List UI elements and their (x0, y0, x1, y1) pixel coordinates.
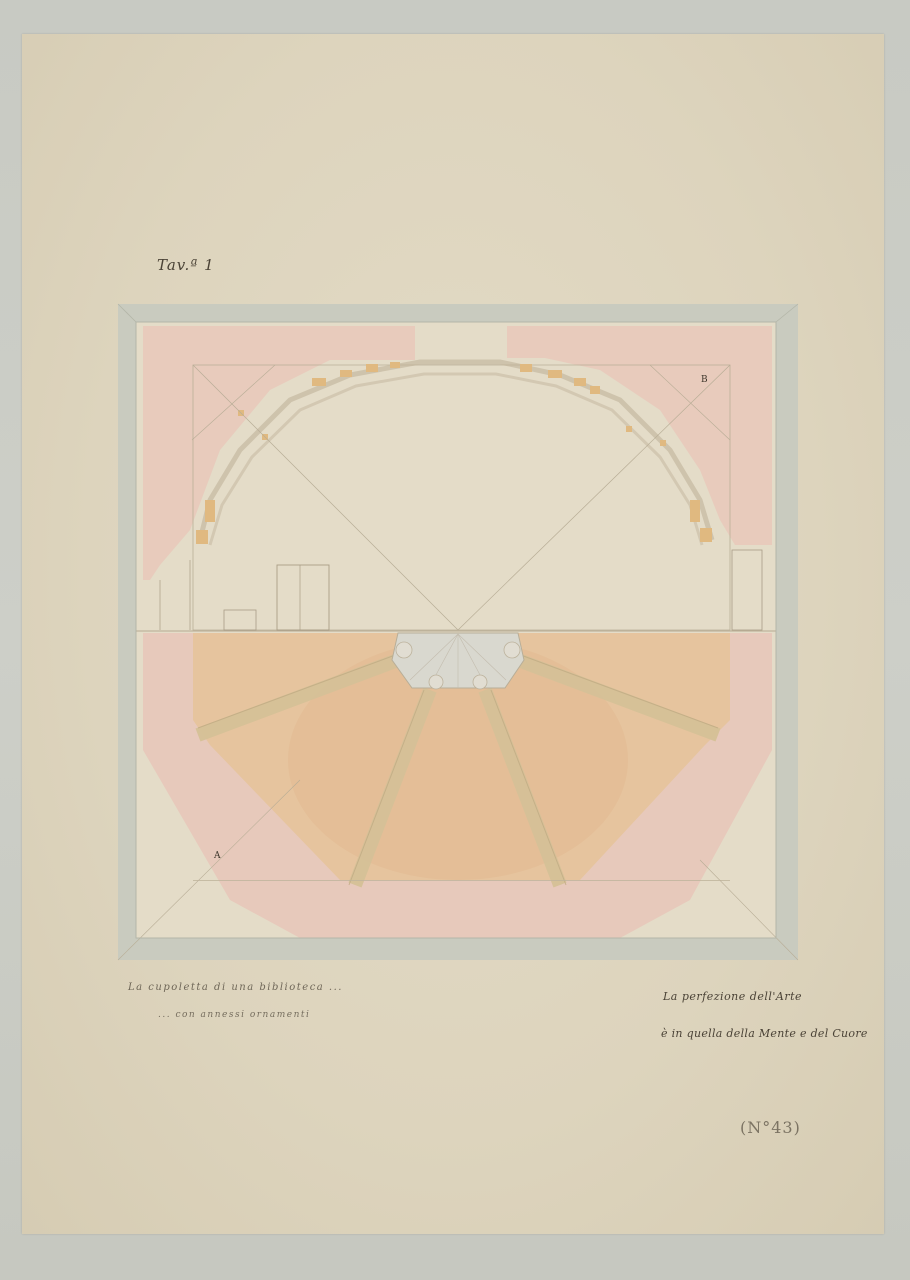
section-marker-b: B (701, 375, 708, 385)
section-marker-a: A (214, 851, 221, 861)
caption-left-line-2: ... con annessi ornamenti (158, 1010, 310, 1020)
caption-left-line-1: La cupoletta di una biblioteca ... (128, 982, 343, 993)
inventory-number: (N°43) (740, 1118, 801, 1137)
motto-line-2: è in quella della Mente e del Cuore (661, 1027, 868, 1040)
motto-line-1: La perfezione dell'Arte (663, 990, 802, 1003)
plate-number-label: Tav.ª 1 (157, 256, 215, 274)
architectural-plan-drawing (0, 0, 910, 1280)
